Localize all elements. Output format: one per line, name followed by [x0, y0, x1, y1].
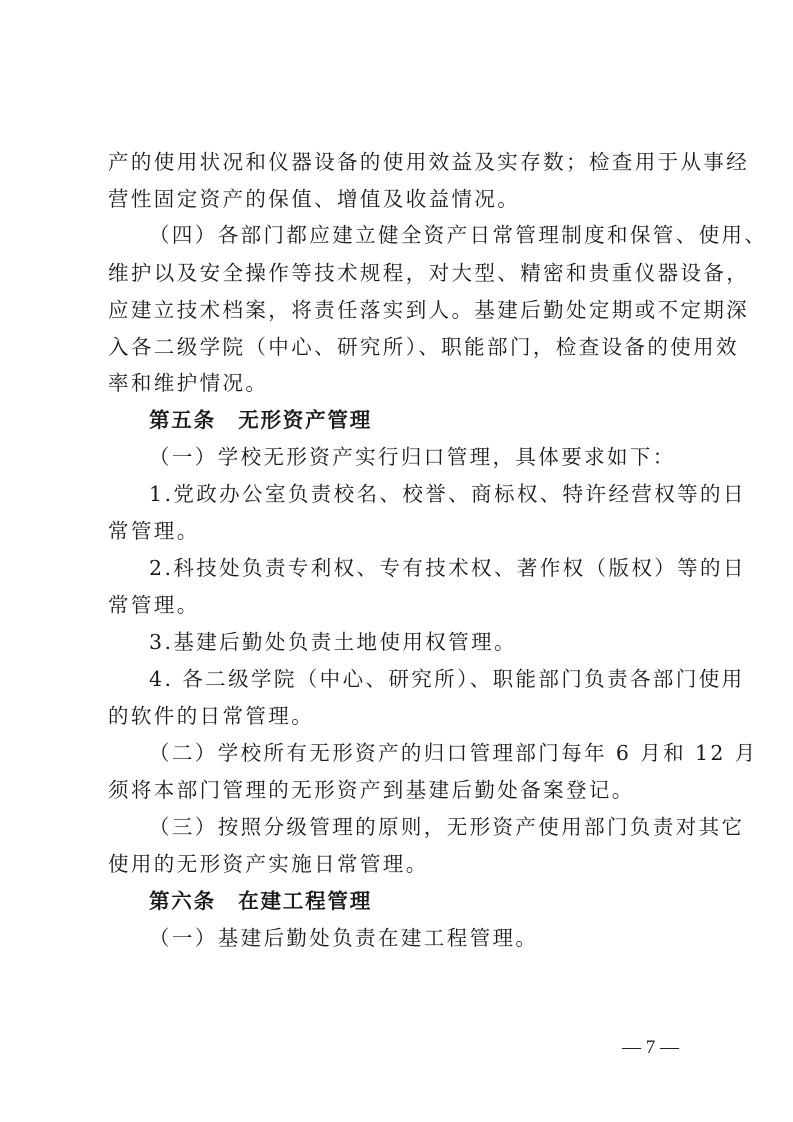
article-5-subitem-3: 3.基建后勤处负责土地使用权管理。	[149, 628, 698, 656]
article-5-item-3: （三）按照分级管理的原则，无形资产使用部门负责对其它	[149, 813, 698, 841]
body-line: 常管理。	[108, 591, 698, 619]
article-5-item-2: （二）学校所有无形资产的归口管理部门每年 6 月和 12 月	[149, 739, 698, 767]
body-line: 常管理。	[108, 517, 698, 545]
article-5-item-1: （一）学校无形资产实行归口管理，具体要求如下：	[149, 443, 698, 471]
body-line: 入各二级学院（中心、研究所）、职能部门，检查设备的使用效	[108, 333, 698, 361]
body-line: 使用的无形资产实施日常管理。	[108, 850, 698, 878]
article-6-item-1: （一）基建后勤处负责在建工程管理。	[149, 924, 698, 952]
document-page: 产的使用状况和仪器设备的使用效益及实存数；检查用于从事经 营性固定资产的保值、增…	[0, 0, 793, 1122]
article-5-heading: 第五条 无形资产管理	[149, 406, 698, 434]
article-5-subitem-2: 2.科技处负责专利权、专有技术权、著作权（版权）等的日	[149, 554, 698, 582]
body-line: 维护以及安全操作等技术规程，对大型、精密和贵重仪器设备，	[108, 259, 698, 287]
body-line: 营性固定资产的保值、增值及收益情况。	[108, 185, 698, 213]
body-line: 率和维护情况。	[108, 369, 698, 397]
page-number: — 7 —	[622, 1036, 679, 1060]
paragraph-4-start: （四）各部门都应建立健全资产日常管理制度和保管、使用、	[149, 221, 698, 249]
body-line: 须将本部门管理的无形资产到基建后勤处备案登记。	[108, 776, 698, 804]
body-line: 的软件的日常管理。	[108, 702, 698, 730]
article-5-subitem-4: 4. 各二级学院（中心、研究所）、职能部门负责各部门使用	[149, 665, 698, 693]
body-line: 应建立技术档案，将责任落实到人。基建后勤处定期或不定期深	[108, 296, 698, 324]
body-line: 产的使用状况和仪器设备的使用效益及实存数；检查用于从事经	[108, 148, 698, 176]
article-6-heading: 第六条 在建工程管理	[149, 887, 698, 915]
article-5-subitem-1: 1.党政办公室负责校名、校誉、商标权、特许经营权等的日	[149, 480, 698, 508]
